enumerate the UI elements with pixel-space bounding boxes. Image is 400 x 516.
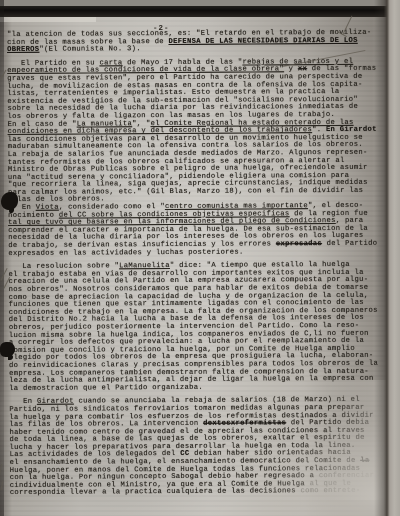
emphasized-text: expresadas (276, 240, 322, 248)
text-block: "la atencion de todas sus secciones, es:… (7, 30, 392, 498)
paragraph: En el caso de "La manuelita", "el Comite… (8, 119, 391, 205)
paragraph: El Partido en su carta de Mayo 17 habla … (7, 58, 389, 121)
ink-blot-upper (1, 192, 18, 210)
emphasized-text: OBREROS (7, 46, 39, 54)
text-line: OBREROS"(El Comunista No. 3). (7, 45, 389, 55)
scan-top-bar (0, 6, 391, 17)
scanned-document-page: -2- "la atencion de todas sus secciones,… (0, 0, 400, 516)
paragraph: En Girardot cuando se anunciaba la rebaj… (9, 397, 392, 498)
emphasized-text: la (360, 457, 369, 465)
paper-highlight (0, 17, 96, 22)
paragraph: La resolucion sobre "LaManuelita" dice: … (8, 262, 391, 393)
text-segment: la demostracion que el Partido organizab… (9, 384, 203, 393)
emphasized-text: como entrete- (300, 487, 360, 495)
text-line: la demostracion que el Partido organizab… (9, 383, 391, 393)
text-segment: del Partido (322, 240, 377, 248)
paper-right-fold-edge (374, 0, 400, 516)
text-line: correspondia llevar a la practica cualqu… (10, 488, 392, 498)
text-segment: expresados en las actividades y luchas p… (8, 248, 243, 257)
text-segment: correspondia llevar a la practica cualqu… (10, 488, 301, 498)
text-segment: "(El Comunista No. 3). (39, 45, 141, 54)
paragraph: En Viota, considerado como el "centro co… (8, 203, 390, 258)
emphasized-text: DEFENSA DE LAS NECESIDADES DIARIAS DE LO… (169, 36, 358, 45)
text-line: expresados en las actividades y luchas p… (8, 248, 390, 258)
paragraph: "la atencion de todas sus secciones, es:… (7, 30, 389, 55)
